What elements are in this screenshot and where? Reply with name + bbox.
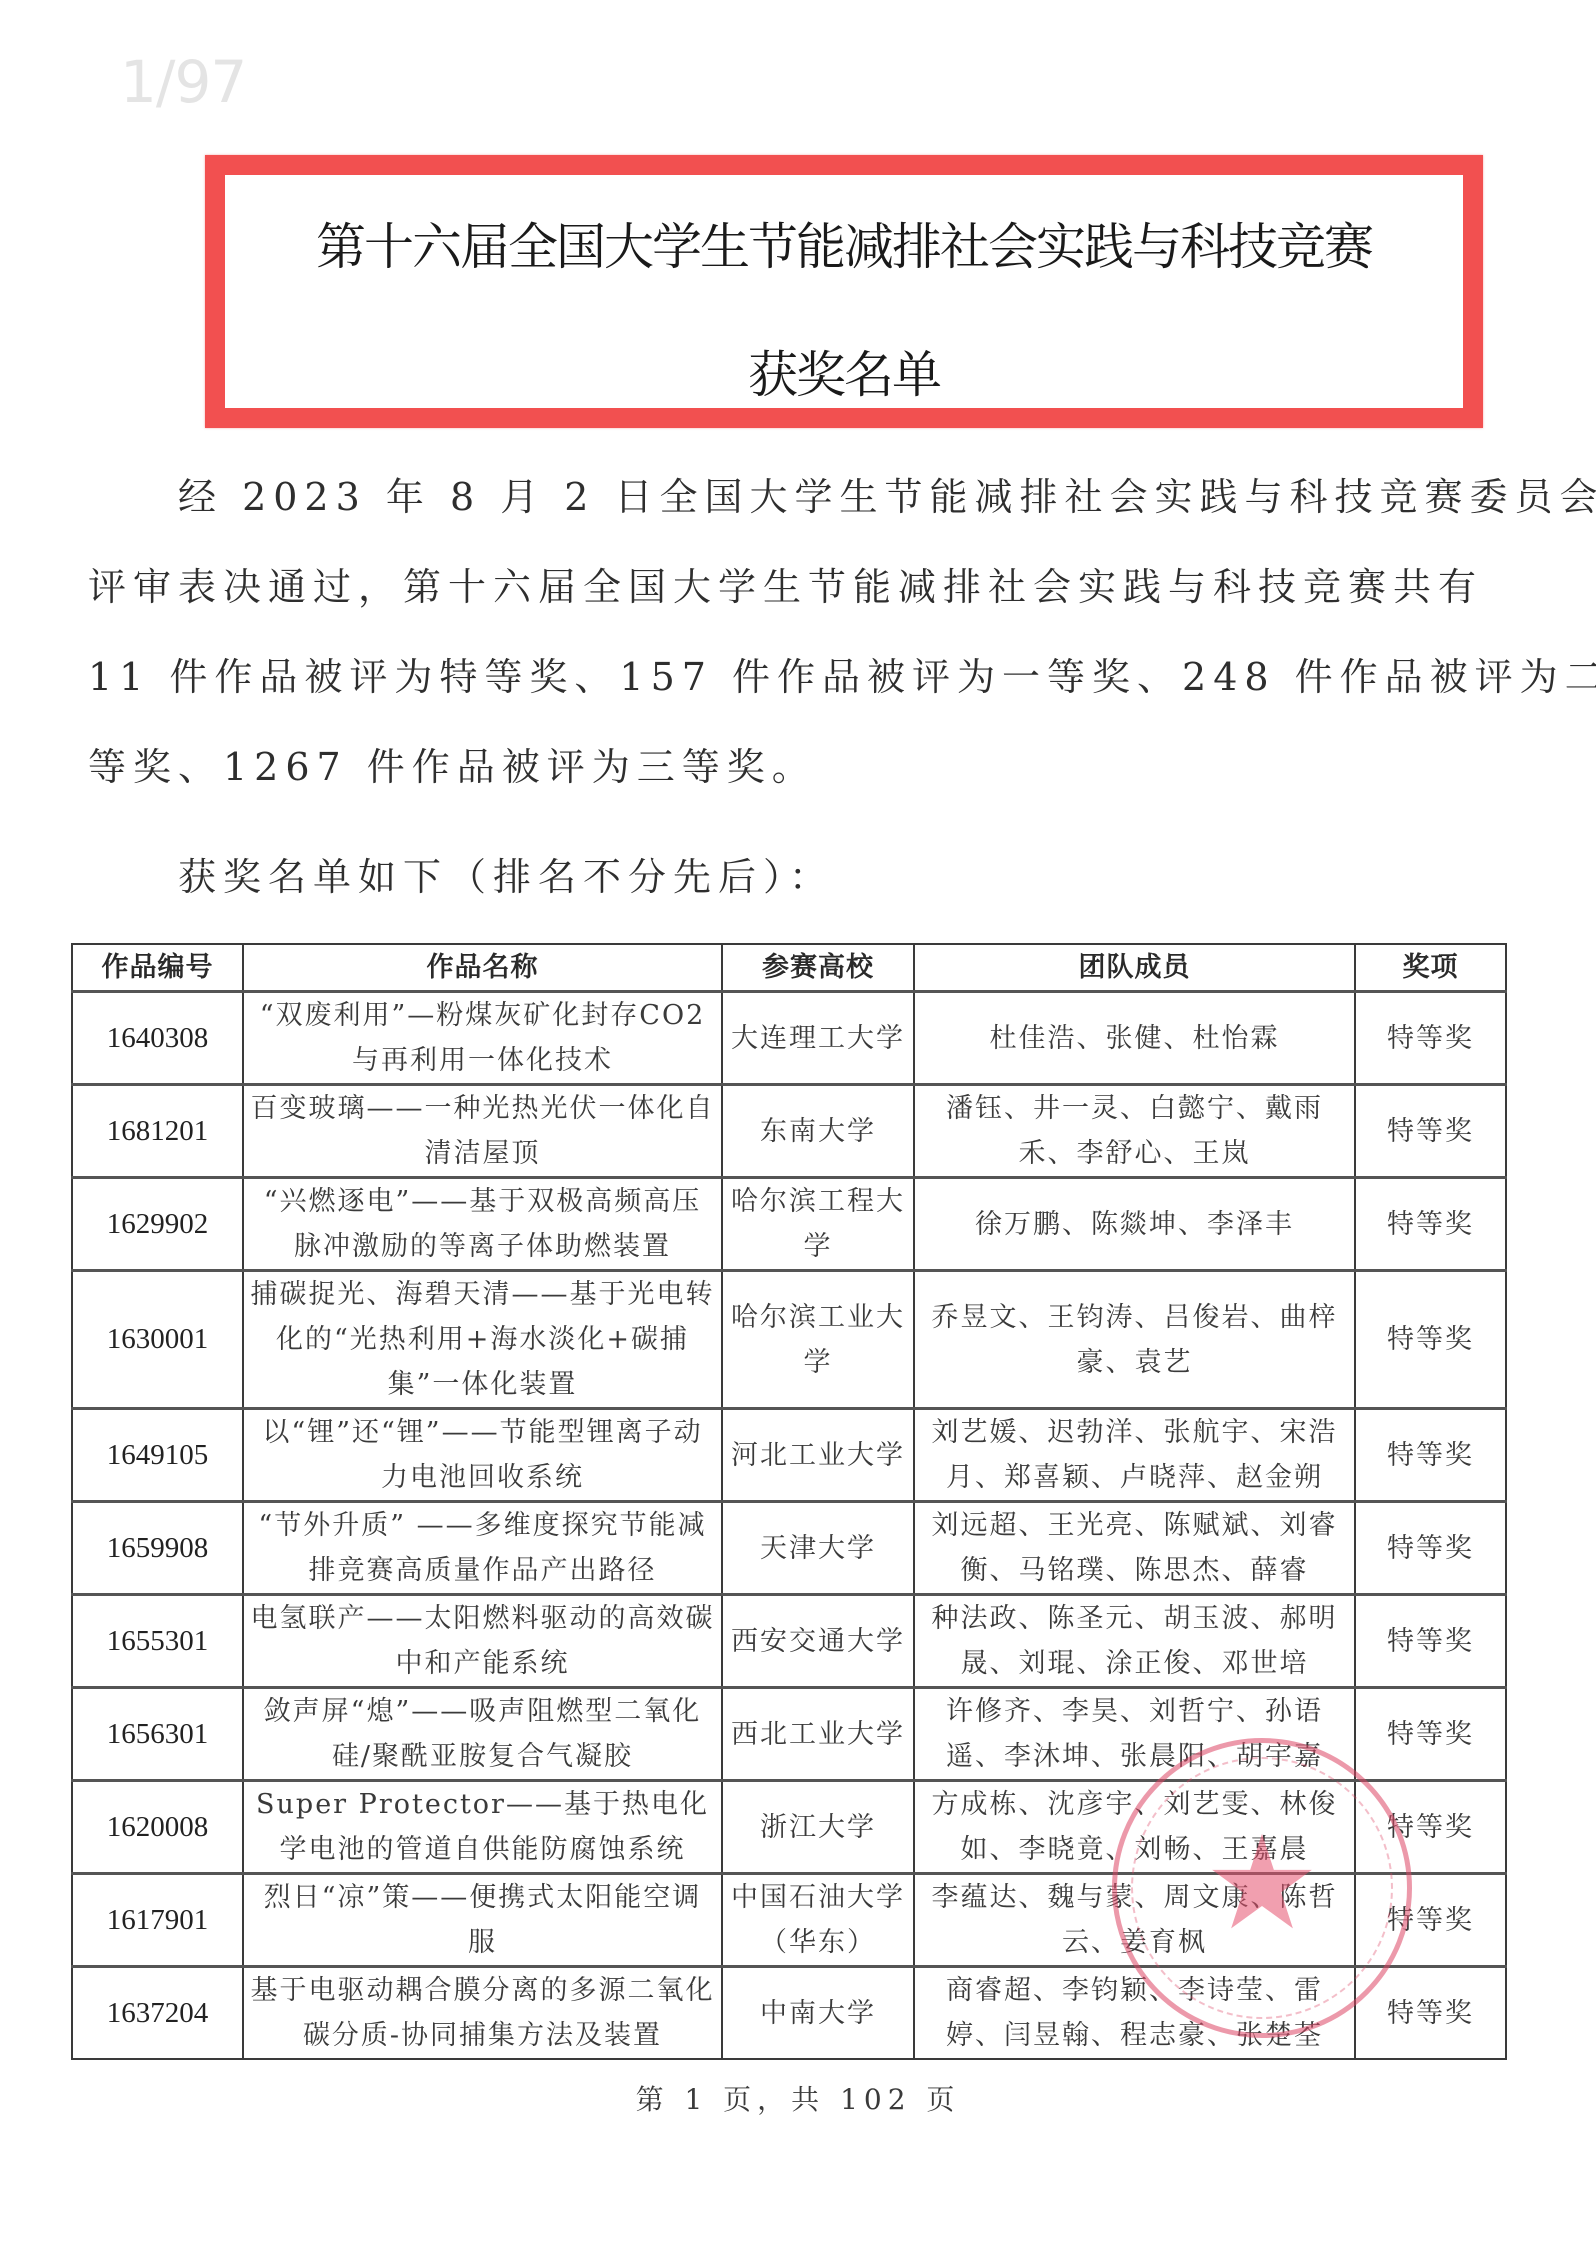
cell-members: 潘钰、井一灵、白懿宁、戴雨禾、李舒心、王岚: [914, 1085, 1355, 1178]
cell-members: 杜佳浩、张健、杜怡霖: [914, 992, 1355, 1085]
table-row: 1655301 电氢联产——太阳燃料驱动的高效碳中和产能系统 西安交通大学 种法…: [72, 1595, 1506, 1688]
cell-school: 大连理工大学: [722, 992, 914, 1085]
cell-award: 特等奖: [1355, 1085, 1506, 1178]
cell-code: 1617901: [72, 1874, 243, 1967]
cell-school: 中南大学: [722, 1967, 914, 2060]
cell-members: 刘艺媛、迟勃洋、张航宇、宋浩月、郑喜颖、卢晓萍、赵金朔: [914, 1409, 1355, 1502]
table-row: 1649105 以“锂”还“锂”——节能型锂离子动力电池回收系统 河北工业大学 …: [72, 1409, 1506, 1502]
cell-code: 1637204: [72, 1967, 243, 2060]
cell-name: 以“锂”还“锂”——节能型锂离子动力电池回收系统: [243, 1409, 722, 1502]
awards-table: 作品编号 作品名称 参赛高校 团队成员 奖项 1640308 “双废利用”—粉煤…: [71, 943, 1507, 2060]
cell-members: 商睿超、李钧颖、李诗莹、雷婷、闫昱翰、程志豪、张楚荃: [914, 1967, 1355, 2060]
cell-members: 种法政、陈圣元、胡玉波、郝明晟、刘琨、涂正俊、邓世培: [914, 1595, 1355, 1688]
cell-school: 西安交通大学: [722, 1595, 914, 1688]
intro-line-4: 等奖、1267 件作品被评为三等奖。: [88, 736, 817, 791]
cell-name: 电氢联产——太阳燃料驱动的高效碳中和产能系统: [243, 1595, 722, 1688]
header-members: 团队成员: [914, 944, 1355, 992]
cell-school: 天津大学: [722, 1502, 914, 1595]
header-name: 作品名称: [243, 944, 722, 992]
table-row: 1630001 捕碳捉光、海碧天清——基于光电转化的“光热利用+海水淡化+碳捕集…: [72, 1271, 1506, 1409]
table-row: 1637204 基于电驱动耦合膜分离的多源二氧化碳分质-协同捕集方法及装置 中南…: [72, 1967, 1506, 2060]
intro-line-2: 评审表决通过，第十六届全国大学生节能减排社会实践与科技竞赛共有: [88, 556, 1483, 611]
cell-award: 特等奖: [1355, 1967, 1506, 2060]
cell-name: 基于电驱动耦合膜分离的多源二氧化碳分质-协同捕集方法及装置: [243, 1967, 722, 2060]
cell-school: 东南大学: [722, 1085, 914, 1178]
intro-line-1: 经 2023 年 8 月 2 日全国大学生节能减排社会实践与科技竞赛委员会: [178, 466, 1596, 521]
cell-award: 特等奖: [1355, 1688, 1506, 1781]
cell-name: 敛声屏“熄”——吸声阻燃型二氧化硅/聚酰亚胺复合气凝胶: [243, 1688, 722, 1781]
cell-award: 特等奖: [1355, 1595, 1506, 1688]
cell-school: 哈尔滨工业大学: [722, 1271, 914, 1409]
cell-members: 方成栋、沈彦宇、刘艺雯、林俊如、李晓竟、刘畅、王嘉晨: [914, 1781, 1355, 1874]
cell-award: 特等奖: [1355, 1874, 1506, 1967]
cell-code: 1656301: [72, 1688, 243, 1781]
cell-members: 李蕴达、魏与蒙、周文康、陈哲云、姜育枫: [914, 1874, 1355, 1967]
table-row: 1640308 “双废利用”—粉煤灰矿化封存CO2 与再利用一体化技术 大连理工…: [72, 992, 1506, 1085]
intro-line-3: 11 件作品被评为特等奖、157 件作品被评为一等奖、248 件作品被评为二: [88, 646, 1596, 701]
table-row: 1620008 Super Protector——基于热电化学电池的管道自供能防…: [72, 1781, 1506, 1874]
cell-name: 烈日“凉”策——便携式太阳能空调服: [243, 1874, 722, 1967]
cell-award: 特等奖: [1355, 992, 1506, 1085]
cell-award: 特等奖: [1355, 1178, 1506, 1271]
header-code: 作品编号: [72, 944, 243, 992]
table-row: 1681201 百变玻璃——一种光热光伏一体化自清洁屋顶 东南大学 潘钰、井一灵…: [72, 1085, 1506, 1178]
document-subtitle: 获奖名单: [225, 335, 1463, 407]
cell-code: 1681201: [72, 1085, 243, 1178]
cell-code: 1659908: [72, 1502, 243, 1595]
cell-award: 特等奖: [1355, 1502, 1506, 1595]
cell-school: 浙江大学: [722, 1781, 914, 1874]
cell-members: 徐万鹏、陈燚坤、李泽丰: [914, 1178, 1355, 1271]
document-title: 第十六届全国大学生节能减排社会实践与科技竞赛: [225, 207, 1463, 279]
page-indicator: 1/97: [120, 48, 246, 116]
header-school: 参赛高校: [722, 944, 914, 992]
cell-members: 许修齐、李昊、刘哲宁、孙语遥、李沐坤、张晨阳、胡宇嘉: [914, 1688, 1355, 1781]
cell-members: 乔昱文、王钧涛、吕俊岩、曲梓豪、袁艺: [914, 1271, 1355, 1409]
cell-members: 刘远超、王光亮、陈赋斌、刘睿衡、马铭璞、陈思杰、薛睿: [914, 1502, 1355, 1595]
cell-code: 1630001: [72, 1271, 243, 1409]
cell-school: 中国石油大学（华东）: [722, 1874, 914, 1967]
cell-name: “双废利用”—粉煤灰矿化封存CO2 与再利用一体化技术: [243, 992, 722, 1085]
cell-award: 特等奖: [1355, 1409, 1506, 1502]
list-intro: 获奖名单如下（排名不分先后）：: [178, 846, 834, 901]
cell-code: 1640308: [72, 992, 243, 1085]
table-row: 1656301 敛声屏“熄”——吸声阻燃型二氧化硅/聚酰亚胺复合气凝胶 西北工业…: [72, 1688, 1506, 1781]
cell-award: 特等奖: [1355, 1781, 1506, 1874]
header-award: 奖项: [1355, 944, 1506, 992]
page-footer: 第 1 页，共 102 页: [0, 2078, 1596, 2118]
cell-code: 1649105: [72, 1409, 243, 1502]
table-row: 1629902 “兴燃逐电”——基于双极高频高压脉冲激励的等离子体助燃装置 哈尔…: [72, 1178, 1506, 1271]
table-row: 1659908 “节外升质” ——多维度探究节能减排竞赛高质量作品产出路径 天津…: [72, 1502, 1506, 1595]
cell-name: 捕碳捉光、海碧天清——基于光电转化的“光热利用+海水淡化+碳捕集”一体化装置: [243, 1271, 722, 1409]
cell-code: 1620008: [72, 1781, 243, 1874]
table-header-row: 作品编号 作品名称 参赛高校 团队成员 奖项: [72, 944, 1506, 992]
title-box: 第十六届全国大学生节能减排社会实践与科技竞赛 获奖名单: [205, 155, 1483, 428]
cell-school: 哈尔滨工程大学: [722, 1178, 914, 1271]
cell-code: 1629902: [72, 1178, 243, 1271]
cell-name: “节外升质” ——多维度探究节能减排竞赛高质量作品产出路径: [243, 1502, 722, 1595]
cell-name: Super Protector——基于热电化学电池的管道自供能防腐蚀系统: [243, 1781, 722, 1874]
cell-name: 百变玻璃——一种光热光伏一体化自清洁屋顶: [243, 1085, 722, 1178]
table-row: 1617901 烈日“凉”策——便携式太阳能空调服 中国石油大学（华东） 李蕴达…: [72, 1874, 1506, 1967]
cell-name: “兴燃逐电”——基于双极高频高压脉冲激励的等离子体助燃装置: [243, 1178, 722, 1271]
cell-school: 河北工业大学: [722, 1409, 914, 1502]
cell-award: 特等奖: [1355, 1271, 1506, 1409]
cell-code: 1655301: [72, 1595, 243, 1688]
cell-school: 西北工业大学: [722, 1688, 914, 1781]
